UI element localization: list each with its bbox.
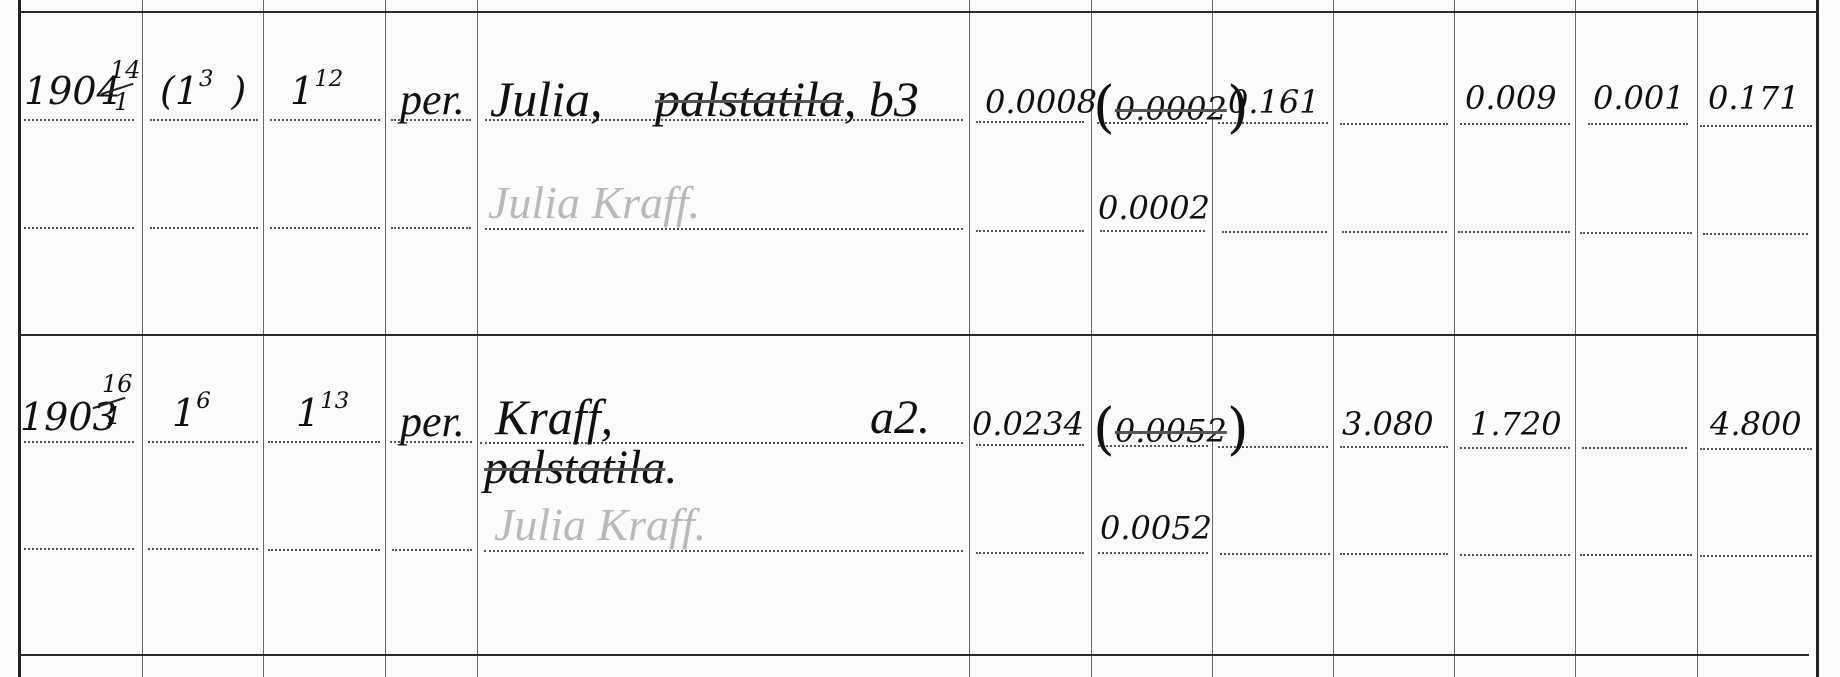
col2-close-paren: ) [232, 69, 247, 113]
column-rule [1333, 0, 1334, 677]
dotted-baseline [1700, 555, 1812, 557]
dotted-baseline [148, 548, 258, 550]
per-label: per. [400, 78, 465, 122]
name-struck-word: palstatila [484, 441, 665, 494]
dotted-baseline [1458, 231, 1570, 233]
pencil-annotation: Julia Kraff. [488, 180, 700, 226]
date-day: 14 [110, 58, 141, 82]
dotted-baseline [270, 227, 380, 229]
value-e: 0.009 [1465, 82, 1557, 114]
right-border [1816, 0, 1819, 677]
dotted-baseline [1460, 447, 1570, 449]
column-rule [1697, 0, 1698, 677]
row-date-fraction: 16 1 [92, 372, 126, 432]
dotted-baseline [1342, 231, 1447, 233]
dotted-baseline [24, 441, 134, 443]
dotted-baseline [1220, 553, 1330, 555]
dotted-baseline [392, 549, 472, 551]
date-fraction: 14 1 [100, 58, 134, 118]
dotted-baseline [1222, 231, 1327, 233]
column-rule [969, 0, 970, 677]
dotted-baseline [150, 227, 258, 229]
row-col3-value: 113 [296, 394, 349, 432]
dotted-baseline [1582, 447, 1687, 449]
value-total: 4.800 [1710, 408, 1802, 440]
dotted-baseline [1703, 233, 1808, 235]
date-fraction: 16 1 [92, 372, 126, 432]
col3-base: 1 [290, 69, 314, 113]
dotted-baseline [270, 119, 380, 121]
name-suffix: , b3 [844, 71, 919, 127]
value-a: 0.0008 [985, 86, 1097, 118]
row-date-fraction: 14 1 [100, 58, 134, 118]
date-day: 16 [102, 372, 133, 396]
open-paren: ( [1093, 75, 1115, 140]
name-struck-word: palstatila [655, 71, 844, 127]
col2-base: 1 [172, 391, 196, 435]
value-d: 3.080 [1342, 408, 1434, 440]
value-b-struck-text: 0.0052 [1115, 412, 1227, 450]
dotted-baseline [1340, 553, 1448, 555]
date-month: 1 [106, 404, 121, 428]
dotted-baseline [484, 550, 963, 552]
dotted-baseline [1340, 446, 1448, 448]
name-struck-line: palstatila. [484, 444, 677, 492]
dotted-baseline [976, 230, 1084, 232]
name-main: Kraff, [495, 392, 613, 442]
dotted-baseline [1460, 554, 1570, 556]
dotted-baseline [1340, 123, 1448, 125]
dotted-baseline [268, 549, 380, 551]
dotted-baseline [1700, 448, 1812, 450]
dotted-baseline [485, 228, 963, 230]
col3-base: 1 [296, 391, 320, 435]
col2-superscript: 3 [199, 66, 214, 92]
dotted-baseline [24, 548, 134, 550]
name-cell: Julia, palstatila, b3 [490, 74, 919, 124]
row-rule-top [19, 11, 1819, 13]
dotted-baseline [148, 441, 258, 443]
col3-superscript: 12 [314, 66, 343, 92]
value-b-struck: (0.0002) [1093, 80, 1249, 136]
column-rule [263, 0, 264, 677]
dotted-baseline [1700, 125, 1812, 127]
name-suffix: a2. [870, 394, 930, 442]
dotted-baseline [1460, 123, 1570, 125]
value-c: 0.161 [1228, 86, 1320, 118]
value-f: 0.001 [1593, 82, 1685, 114]
dotted-baseline [391, 227, 471, 229]
col2-base: (1 [160, 69, 199, 113]
ledger-page: 1904 14 1 (13) 112 per. Julia, palstatil… [0, 0, 1840, 677]
dotted-baseline [24, 119, 134, 121]
row-col3-value: 112 [290, 72, 343, 110]
column-rule [1454, 0, 1455, 677]
dotted-baseline [1098, 552, 1208, 554]
date-month: 1 [114, 90, 129, 114]
col3-superscript: 13 [320, 388, 349, 414]
dotted-baseline [1580, 232, 1692, 234]
row-rule-middle [19, 334, 1819, 336]
value-b-corrected: 0.0052 [1100, 512, 1212, 544]
dotted-baseline [1588, 123, 1688, 125]
dotted-baseline [1100, 230, 1205, 232]
dotted-baseline [150, 119, 258, 121]
row-col2-value: (13) [160, 72, 246, 110]
value-b-corrected: 0.0002 [1098, 192, 1210, 224]
open-paren: ( [1093, 397, 1115, 462]
value-b-struck: (0.0052) [1093, 402, 1249, 458]
dotted-baseline [976, 444, 1084, 446]
column-rule [477, 0, 478, 677]
dotted-baseline [268, 441, 380, 443]
value-total: 0.171 [1708, 82, 1800, 114]
column-rule [385, 0, 386, 677]
value-a: 0.0234 [972, 408, 1084, 440]
left-border [18, 0, 21, 677]
dotted-baseline [976, 121, 1084, 123]
row-rule-bottom [19, 654, 1809, 656]
dotted-baseline [24, 227, 134, 229]
value-e: 1.720 [1470, 408, 1562, 440]
column-rule [1575, 0, 1576, 677]
col2-superscript: 6 [196, 388, 211, 414]
name-main: Julia, [490, 71, 602, 127]
value-b-struck-text: 0.0002 [1115, 90, 1227, 128]
dotted-baseline [976, 552, 1084, 554]
column-rule [142, 0, 143, 677]
row-col2-value: 16 [172, 394, 211, 432]
pencil-annotation: Julia Kraff. [494, 502, 706, 548]
close-paren: ) [1227, 397, 1249, 462]
per-label: per. [400, 400, 465, 444]
dotted-baseline [1580, 554, 1692, 556]
